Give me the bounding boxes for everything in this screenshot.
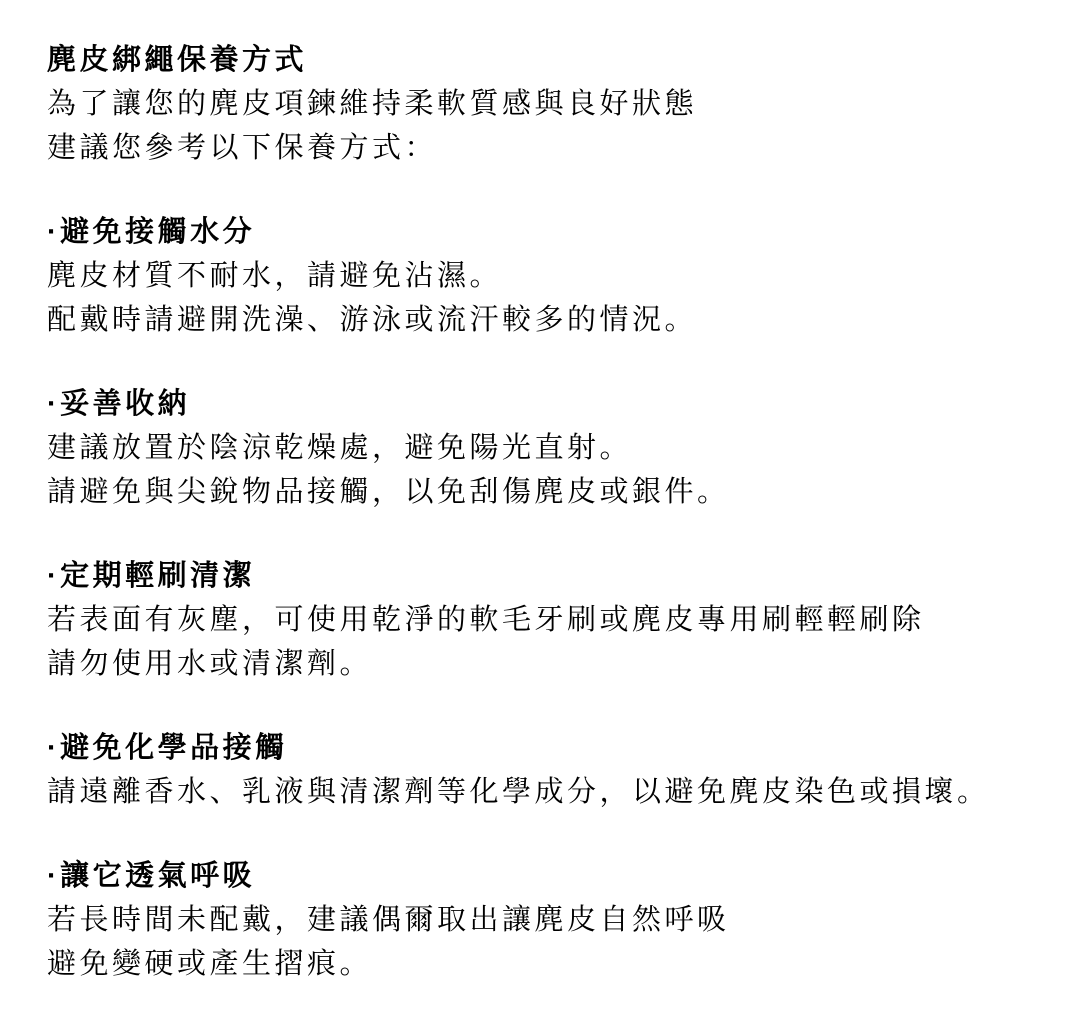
- section-heading: ·避免化學品接觸: [47, 726, 1040, 770]
- document-title: 麂皮綁繩保養方式: [47, 38, 1040, 82]
- section-line: 麂皮材質不耐水，請避免沾濕。: [47, 254, 1040, 298]
- section-line: 配戴時請避開洗澡、游泳或流汗較多的情況。: [47, 298, 1040, 342]
- section-heading: ·讓它透氣呼吸: [47, 854, 1040, 898]
- section-line: 請避免與尖銳物品接觸，以免刮傷麂皮或銀件。: [47, 470, 1040, 514]
- section-line: 建議放置於陰涼乾燥處，避免陽光直射。: [47, 426, 1040, 470]
- section-line: 請遠離香水、乳液與清潔劑等化學成分，以避免麂皮染色或損壞。: [47, 770, 1040, 814]
- section-let-it-breathe: ·讓它透氣呼吸 若長時間未配戴，建議偶爾取出讓麂皮自然呼吸 避免變硬或產生摺痕。: [47, 854, 1040, 986]
- intro-line: 建議您參考以下保養方式：: [47, 126, 1040, 170]
- section-regular-brushing: ·定期輕刷清潔 若表面有灰塵，可使用乾淨的軟毛牙刷或麂皮專用刷輕輕刷除 請勿使用…: [47, 554, 1040, 686]
- section-line: 避免變硬或產生摺痕。: [47, 942, 1040, 986]
- section-line: 若長時間未配戴，建議偶爾取出讓麂皮自然呼吸: [47, 898, 1040, 942]
- page: { "page": { "background_color": "#ffffff…: [0, 0, 1080, 1016]
- section-heading: ·定期輕刷清潔: [47, 554, 1040, 598]
- care-instructions-document: 麂皮綁繩保養方式 為了讓您的麂皮項鍊維持柔軟質感與良好狀態 建議您參考以下保養方…: [0, 0, 1080, 986]
- section-proper-storage: ·妥善收納 建議放置於陰涼乾燥處，避免陽光直射。 請避免與尖銳物品接觸，以免刮傷…: [47, 382, 1040, 514]
- section-avoid-chemicals: ·避免化學品接觸 請遠離香水、乳液與清潔劑等化學成分，以避免麂皮染色或損壞。: [47, 726, 1040, 814]
- intro-line: 為了讓您的麂皮項鍊維持柔軟質感與良好狀態: [47, 82, 1040, 126]
- section-heading: ·妥善收納: [47, 382, 1040, 426]
- section-avoid-water: ·避免接觸水分 麂皮材質不耐水，請避免沾濕。 配戴時請避開洗澡、游泳或流汗較多的…: [47, 210, 1040, 342]
- section-heading: ·避免接觸水分: [47, 210, 1040, 254]
- section-line: 若表面有灰塵，可使用乾淨的軟毛牙刷或麂皮專用刷輕輕刷除: [47, 598, 1040, 642]
- section-line: 請勿使用水或清潔劑。: [47, 642, 1040, 686]
